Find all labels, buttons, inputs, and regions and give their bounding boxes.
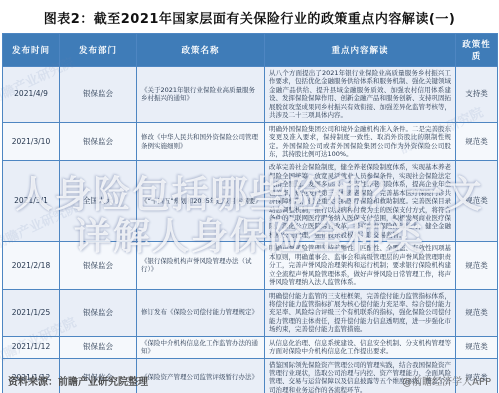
cell-policy-name: 《关于2021年银行业保险业高质量服务乡村振兴的通知》 xyxy=(137,67,265,123)
cell-content: 从八个方面提出了2021年银行业保险业高质量服务乡村振兴工作要求，包括优化金融服… xyxy=(265,67,456,123)
col-header-content: 重点内容解读 xyxy=(265,34,456,67)
cell-date: 2021/1/25 xyxy=(3,289,60,336)
cell-department: 全国人大 xyxy=(60,161,137,242)
cell-policy-name: 《银行保险机构声誉风险管理办法（试行）》 xyxy=(137,242,265,289)
policy-table: 发布时间 发布部门 政策名称 重点内容解读 政策性质 2021/4/9银保监会《… xyxy=(2,33,498,393)
table-row: 2021/3/1全国人大《“十四五”规划和2035年远景目标纲要》改革完善社会保… xyxy=(3,161,498,242)
page-title: 图表2：截至2021年国家层面有关保险行业的政策重点内容解读(一) xyxy=(0,0,499,33)
table-row: 2021/2/18银保监会《银行保险机构声誉风险管理办法（试行）》明确声誉风险管… xyxy=(3,242,498,289)
policy-table-header: 发布时间 发布部门 政策名称 重点内容解读 政策性质 xyxy=(3,34,498,67)
col-header-date: 发布时间 xyxy=(3,34,60,67)
cell-nature: 规范类 xyxy=(456,161,498,242)
col-header-policy-name: 政策名称 xyxy=(137,34,265,67)
header-row: 发布时间 发布部门 政策名称 重点内容解读 政策性质 xyxy=(3,34,498,67)
cell-policy-name: 《“十四五”规划和2035年远景目标纲要》 xyxy=(137,161,265,242)
cell-content: 从信息化治理、信息系统建设、信息安全机制、分支机构管理等方面对保险中介机构信息化… xyxy=(265,336,456,358)
cell-content: 明确声誉风险管理坚持前瞻性、匹配性、全覆盖、有效性四项基本原则，明确董事会、监事… xyxy=(265,242,456,289)
col-header-department: 发布部门 xyxy=(60,34,137,67)
app-credit: @前瞻经济学人APP xyxy=(402,373,491,388)
cell-nature: 规范类 xyxy=(456,122,498,161)
policy-table-body: 2021/4/9银保监会《关于2021年银行业保险业高质量服务乡村振兴的通知》从… xyxy=(3,67,498,393)
cell-policy-name: 《保险中介机构信息化工作监管办法的通知》 xyxy=(137,336,265,358)
cell-date: 2021/1/12 xyxy=(3,336,60,358)
footer: 资料来源：前瞻产业研究院整理 @前瞻经济学人APP xyxy=(8,373,491,388)
cell-content: 改革完善社会保险制度，健全养老保险制度体系，实现基本养老保险全国统筹，放宽灵活就… xyxy=(265,161,456,242)
table-row: 2021/3/10银保监会修改《中华人民共和国外资保险公司管理条例实施细则》明确… xyxy=(3,122,498,161)
cell-department: 银保监会 xyxy=(60,289,137,336)
cell-department: 银保监会 xyxy=(60,242,137,289)
cell-policy-name: 修改《中华人民共和国外资保险公司管理条例实施细则》 xyxy=(137,122,265,161)
cell-date: 2021/3/1 xyxy=(3,161,60,242)
cell-content: 明确偿付能力监管的三支柱框架，完善偿付能力监管指标体系，将偿付能力监管指标扩展为… xyxy=(265,289,456,336)
cell-nature: 规范类 xyxy=(456,242,498,289)
cell-department: 银保监会 xyxy=(60,336,137,358)
cell-department: 银保监会 xyxy=(60,122,137,161)
cell-date: 2021/3/10 xyxy=(3,122,60,161)
cell-nature: 规范类 xyxy=(456,289,498,336)
cell-content: 明确外国保险集团公司和境外金融机构准入条件。二是完善股东变更及准入要求，保持制度… xyxy=(265,122,456,161)
cell-nature: 支持类 xyxy=(456,67,498,123)
table-row: 2021/1/25银保监会修订发布《保险公司偿付能力管理规定》明确偿付能力监管的… xyxy=(3,289,498,336)
cell-department: 银保监会 xyxy=(60,67,137,123)
col-header-nature: 政策性质 xyxy=(456,34,498,67)
cell-nature: 规范类 xyxy=(456,336,498,358)
table-row: 2021/1/12银保监会《保险中介机构信息化工作监管办法的通知》从信息化治理、… xyxy=(3,336,498,358)
cell-date: 2021/4/9 xyxy=(3,67,60,123)
cell-policy-name: 修订发布《保险公司偿付能力管理规定》 xyxy=(137,289,265,336)
cell-date: 2021/2/18 xyxy=(3,242,60,289)
source-note: 资料来源：前瞻产业研究院整理 xyxy=(8,373,148,388)
table-row: 2021/4/9银保监会《关于2021年银行业保险业高质量服务乡村振兴的通知》从… xyxy=(3,67,498,123)
